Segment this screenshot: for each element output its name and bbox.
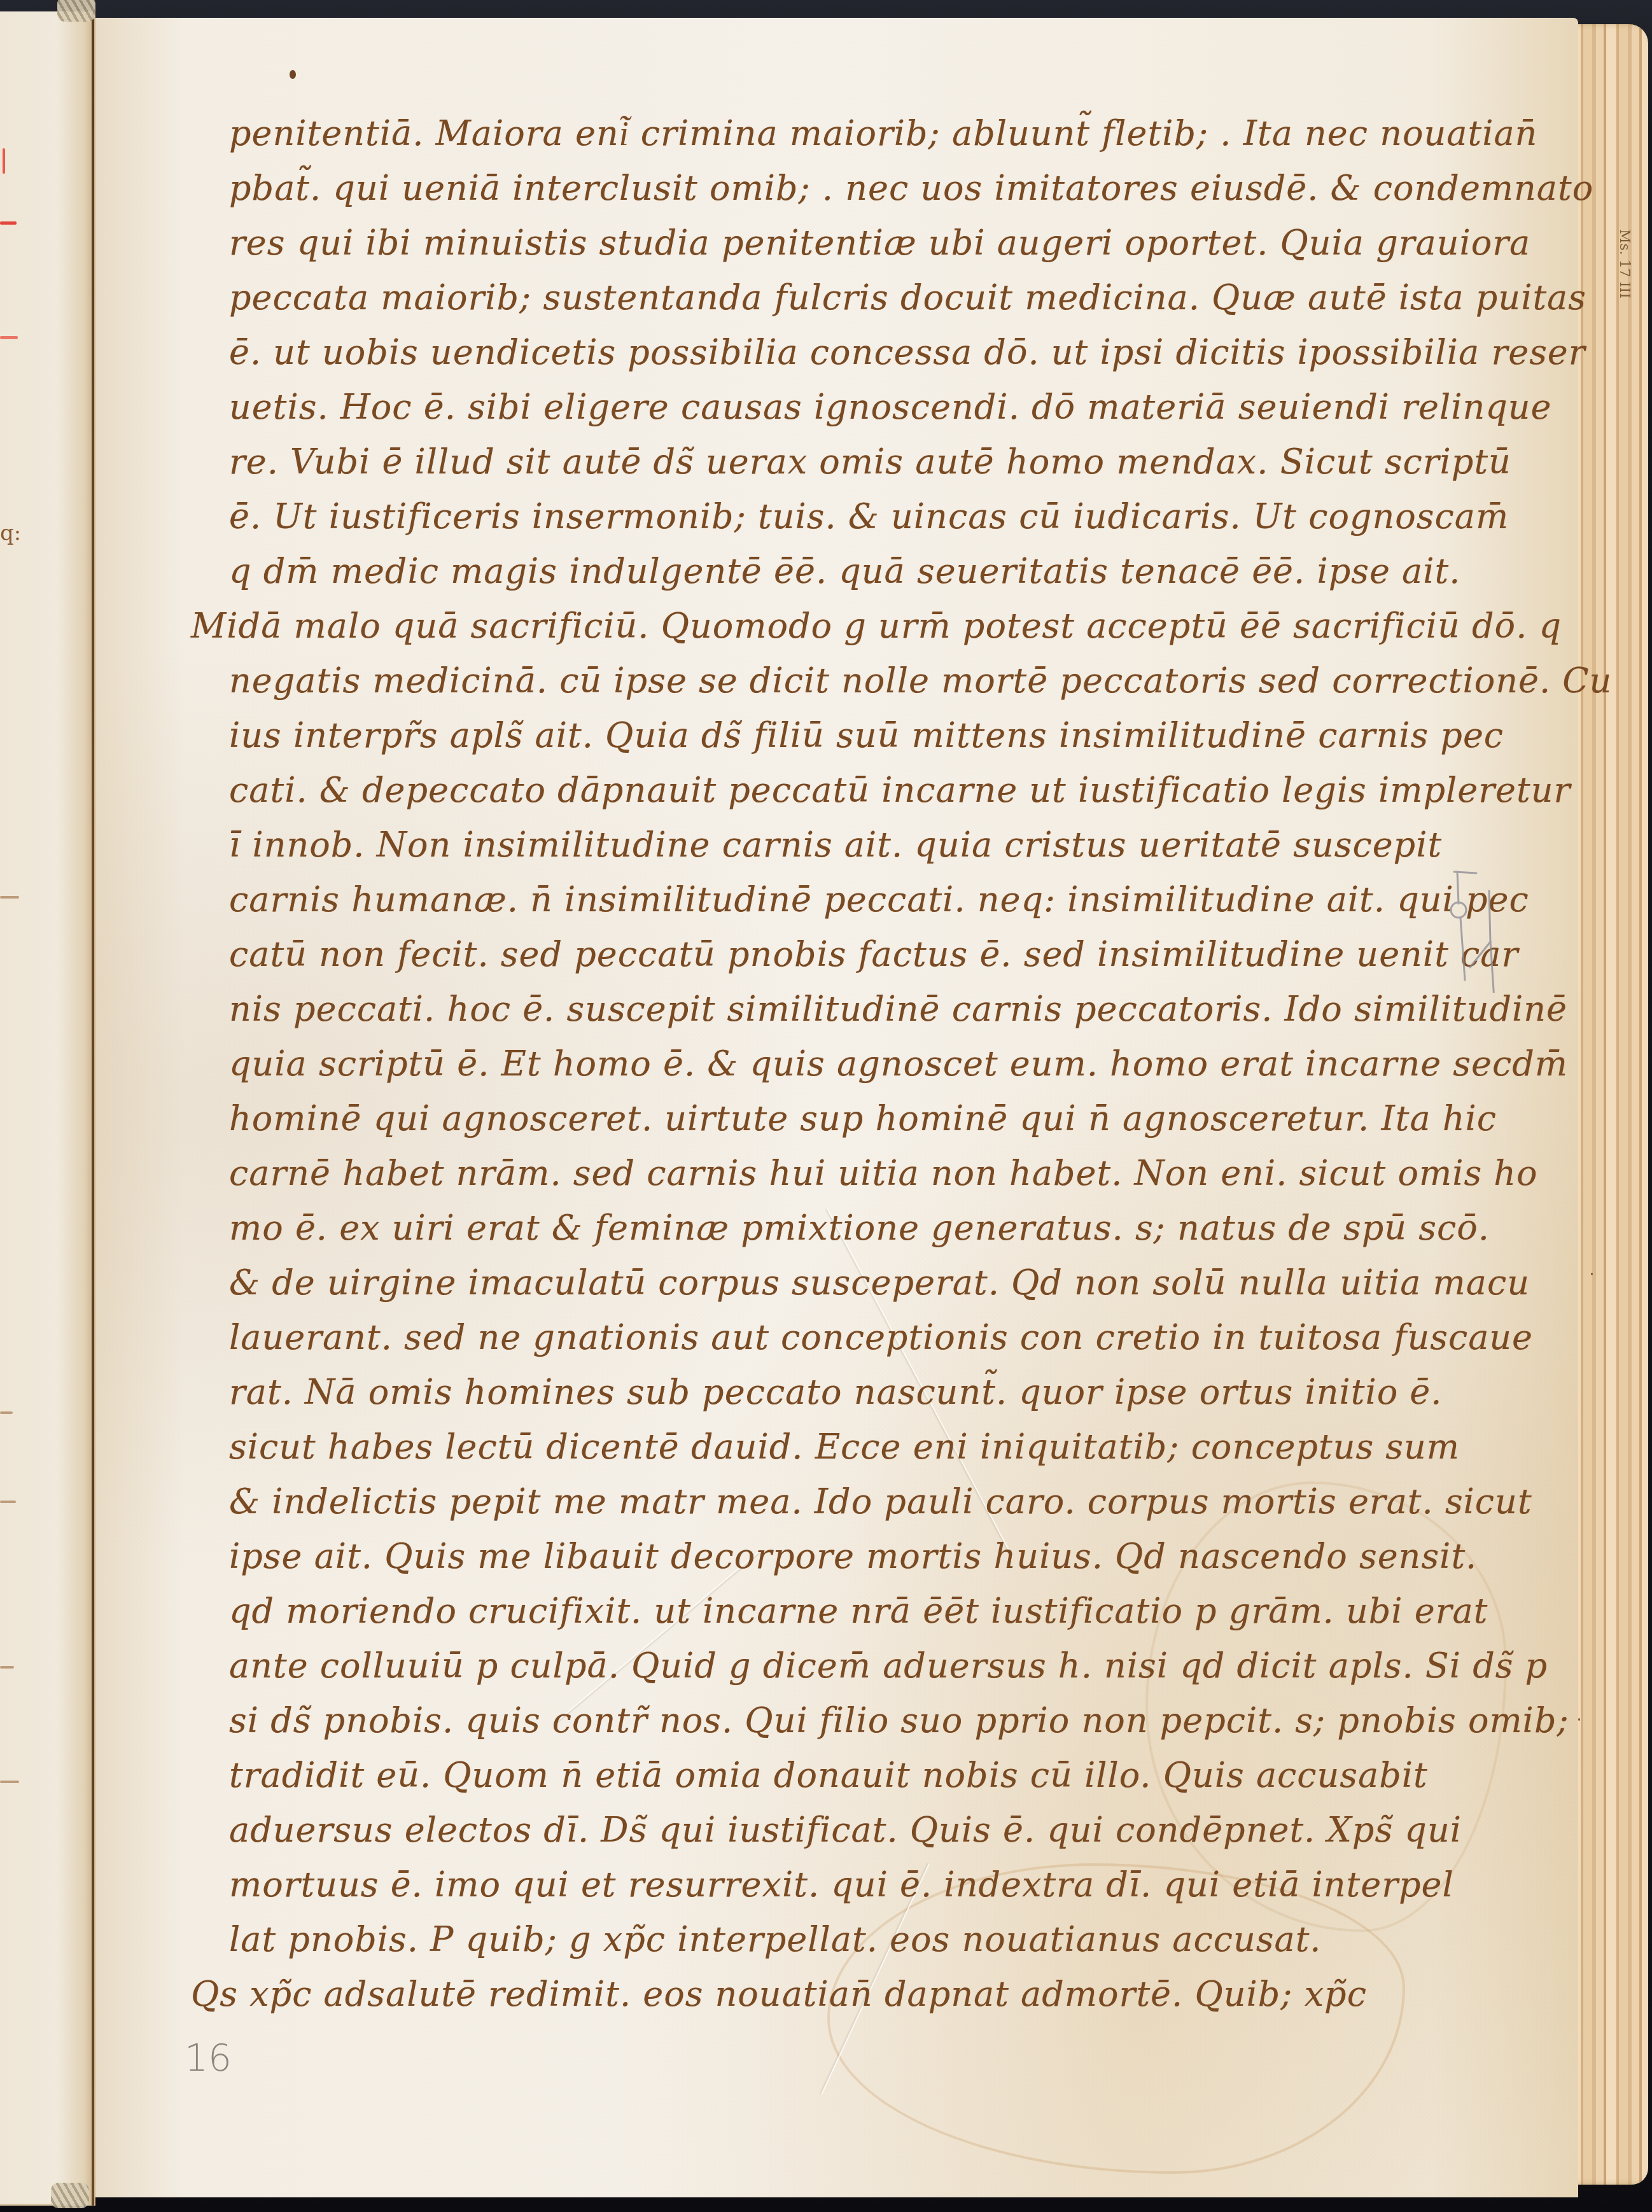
verso-text-fragment: [0, 1666, 14, 1669]
text-line: & de uirgine imaculatū corpus susceperat…: [229, 1264, 1530, 1302]
text-line: catū non fecit. sed peccatū pnobis factu…: [229, 935, 1518, 974]
text-line: mo ē. ex uiri erat & feminæ pmixtione ge…: [229, 1209, 1490, 1247]
text-line: sicut habes lectū dicentē dauid. Ecce en…: [229, 1428, 1460, 1466]
binding-thread-bottom: [51, 2183, 89, 2208]
text-line: pbat̃. qui ueniā interclusit omib; . nec…: [229, 169, 1593, 207]
text-line: Midā malo quā sacrificiū. Quomodo g urm̄…: [191, 607, 1562, 645]
text-line: tradidit eū. Quom n̄ etiā omia donauit n…: [229, 1756, 1428, 1795]
text-line: ante colluuiū p culpā. Quid g dicem̄ adu…: [229, 1647, 1548, 1685]
text-line: nis peccati. hoc ē. suscepit similitudin…: [229, 990, 1567, 1028]
verso-text-fragment: [0, 1781, 19, 1783]
verso-text-fragment: [0, 1501, 16, 1503]
text-line: penitentiā. Maiora eni͂ crimina maiorib;…: [229, 115, 1537, 153]
text-line: q dm̄ medic magis indulgentē ēē. quā seu…: [229, 552, 1460, 591]
binding-thread-top: [57, 0, 95, 22]
text-line: quia scriptū ē. Et homo ē. & quis agnosc…: [229, 1045, 1568, 1083]
text-line: Qs xp̃c adsalutē redimit. eos nouatian̄ …: [191, 1975, 1367, 2013]
fore-edge-speck: [1578, 1718, 1580, 1721]
text-line: ius interpr̃s apls̃ ait. Quia ds̃ filiū …: [229, 717, 1504, 755]
rubric-mark: [0, 221, 17, 225]
text-line: lauerant. sed ne gnationis aut conceptio…: [229, 1319, 1533, 1357]
text-line: hominē qui agnosceret. uirtute sup homin…: [229, 1100, 1497, 1138]
text-line: negatis medicinā. cū ipse se dicit nolle…: [229, 662, 1612, 700]
fold-line: [92, 8, 94, 2206]
text-line: aduersus electos dī. Ds̃ qui iustificat.…: [229, 1811, 1462, 1849]
parchment-crease: [553, 1551, 759, 1725]
text-line: si ds̃ pnobis. quis contr̃ nos. Qui fili…: [229, 1702, 1569, 1740]
text-line: ī innob. Non insimilitudine carnis ait. …: [229, 826, 1442, 864]
verso-margin-mark: q:: [0, 521, 21, 546]
text-line: & indelictis pepit me matr mea. Ido paul…: [229, 1483, 1532, 1521]
text-line: lat pnobis. P quib; g xp̃c interpellat. …: [229, 1921, 1322, 1959]
text-line: re. Vubi ē illud sit autē ds̃ uerax omis…: [229, 443, 1511, 481]
text-line: carnis humanæ. n̄ insimilitudinē peccati…: [229, 881, 1529, 919]
text-line: qd moriendo crucifixit. ut incarne nrā ē…: [229, 1592, 1488, 1630]
verso-page-edge: q:: [0, 11, 95, 2206]
text-line: rat. Nā omis homines sub peccato nascunt…: [229, 1373, 1442, 1411]
text-line: res qui ibi minuistis studia penitentiæ …: [229, 224, 1530, 262]
text-line: uetis. Hoc ē. sibi eligere causas ignosc…: [229, 388, 1552, 426]
text-line: carnē habet nrām. sed carnis hui uitia n…: [229, 1154, 1538, 1193]
text-line: mortuus ē. imo qui et resurrexit. qui ē.…: [229, 1866, 1454, 1904]
folio-number: 16: [185, 2036, 232, 2080]
text-line: ē. ut uobis uendicetis possibilia conces…: [229, 333, 1586, 372]
rubric-mark: [0, 336, 18, 339]
text-line: ipse ait. Quis me libauit decorpore mort…: [229, 1537, 1477, 1576]
verso-text-fragment: [0, 1411, 13, 1414]
text-line: peccata maiorib; sustentanda fulcris doc…: [229, 279, 1586, 317]
text-line: cati. & depeccato dāpnauit peccatū incar…: [229, 771, 1571, 809]
text-line: ē. Ut iustificeris insermonib; tuis. & u…: [229, 498, 1509, 536]
ruling-prick-mark: [290, 70, 296, 79]
fore-edge-shelfmark: Ms. 17 III: [1616, 229, 1632, 298]
fore-edge-speck: [1591, 1273, 1593, 1275]
verso-text-fragment: [0, 896, 19, 899]
rubric-mark: [3, 148, 5, 174]
pencil-annotation-icon: [1425, 846, 1508, 993]
